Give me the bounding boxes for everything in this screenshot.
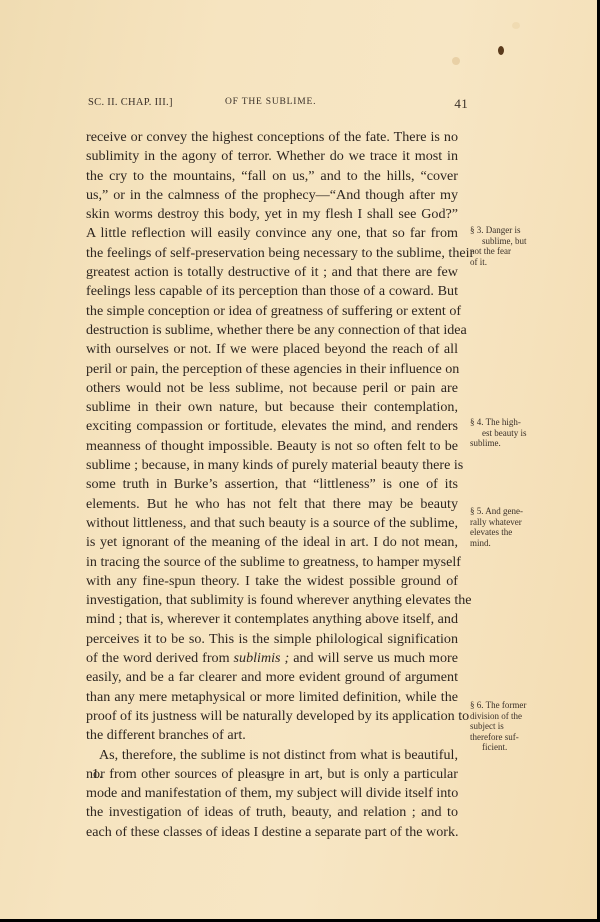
text-line: A little reflection will easily convince… xyxy=(86,224,458,243)
margin-note-section-5: § 5. And gene- rally whatever elevates t… xyxy=(470,506,560,548)
margin-note-line: ficient. xyxy=(470,742,560,753)
text-fragment: and will serve us much more xyxy=(289,650,458,666)
text-line: in tracing the source of the sublime to … xyxy=(86,553,458,572)
margin-note-line: therefore suf- xyxy=(470,732,560,743)
stain-spot xyxy=(452,57,460,65)
text-line: receive or convey the highest conception… xyxy=(86,128,458,147)
margin-note-line: subject is xyxy=(470,721,560,732)
margin-note-line: sublime. xyxy=(470,438,560,449)
stain-spot xyxy=(512,22,520,29)
text-line: sublimity in the agony of terror. Whethe… xyxy=(86,147,458,166)
text-line: mode and manifestation of them, my subje… xyxy=(86,784,458,803)
margin-note-line: § 6. The former xyxy=(470,700,560,711)
book-page: SC. II. CHAP. III.] OF THE SUBLIME. 41 r… xyxy=(0,0,597,919)
margin-note-line: not the fear xyxy=(470,246,560,257)
page-number: 41 xyxy=(454,96,468,112)
text-line: some truth in Burke’s assertion, that “l… xyxy=(86,475,458,494)
text-line-paragraph-end: the different branches of art. xyxy=(86,726,458,745)
text-line: easily, and be a far clearer and more ev… xyxy=(86,668,458,687)
margin-note-line: division of the xyxy=(470,711,560,722)
margin-note-line: of it. xyxy=(470,257,560,268)
text-line: peril or pain, the perception of these a… xyxy=(86,360,458,379)
text-line: each of these classes of ideas I destine… xyxy=(86,823,458,842)
margin-note-line: § 4. The high- xyxy=(470,417,560,428)
margin-note-line: mind. xyxy=(470,538,560,549)
italic-word-sublimis: sublimis ; xyxy=(234,650,290,666)
text-line: without littleness, and that such beauty… xyxy=(86,514,458,533)
text-line: investigation, that sublimity is found w… xyxy=(86,591,458,610)
text-line: the cry to the mountains, “fall on us,” … xyxy=(86,167,458,186)
signature-mark: 1. xyxy=(92,767,103,783)
margin-note-line: § 5. And gene- xyxy=(470,506,560,517)
ink-blot xyxy=(498,46,504,55)
text-line: proof of its justness will be naturally … xyxy=(86,707,458,726)
margin-note-line: elevates the xyxy=(470,527,560,538)
body-text: receive or convey the highest conception… xyxy=(86,128,458,842)
text-line: with ourselves or not. If we were placed… xyxy=(86,340,458,359)
text-line: greatest action is totally destructive o… xyxy=(86,263,458,282)
margin-note-section-6: § 6. The former division of the subject … xyxy=(470,700,560,753)
text-line: than any mere metaphysical or more limit… xyxy=(86,688,458,707)
text-line: destruction is sublime, whether there be… xyxy=(86,321,458,340)
text-line: the simple conception or idea of greatne… xyxy=(86,302,458,321)
text-line: with any fine-spun theory. I take the wi… xyxy=(86,572,458,591)
text-line: perceives it to be so. This is the simpl… xyxy=(86,630,458,649)
text-line: sublime in their own nature, but because… xyxy=(86,398,458,417)
text-line: feelings less capable of its perception … xyxy=(86,282,458,301)
margin-note-line: est beauty is xyxy=(470,428,560,439)
folio-letter: G xyxy=(267,773,274,784)
text-line: the investigation of ideas of truth, bea… xyxy=(86,803,458,822)
running-head: SC. II. CHAP. III.] OF THE SUBLIME. 41 xyxy=(88,97,460,113)
margin-note-section-4: § 4. The high- est beauty is sublime. xyxy=(470,417,560,449)
text-line: the feelings of self-preservation being … xyxy=(86,244,458,263)
text-line-paragraph-start: As, therefore, the sublime is not distin… xyxy=(86,746,458,765)
text-line: skin worms destroy this body, yet in my … xyxy=(86,205,458,224)
text-line: others would not be less sublime, not be… xyxy=(86,379,458,398)
margin-note-section-3: § 3. Danger is sublime, but not the fear… xyxy=(470,225,560,267)
text-line: sublime ; because, in many kinds of pure… xyxy=(86,456,458,475)
text-line: is yet ignorant of the meaning of the id… xyxy=(86,533,458,552)
margin-note-line: sublime, but xyxy=(470,236,560,247)
margin-note-line: § 3. Danger is xyxy=(470,225,560,236)
text-line: elements. But he who has not felt that t… xyxy=(86,495,458,514)
running-head-title: OF THE SUBLIME. xyxy=(225,97,316,107)
margin-note-line: rally whatever xyxy=(470,517,560,528)
text-line: exciting compassion or fortitude, elevat… xyxy=(86,417,458,436)
text-line: meanness of thought impossible. Beauty i… xyxy=(86,437,458,456)
text-fragment: of the word derived from xyxy=(86,650,230,666)
text-line: us,” or in the calmness of the prophecy—… xyxy=(86,186,458,205)
running-head-section: SC. II. CHAP. III.] xyxy=(88,97,173,108)
text-line: mind ; that is, wherever it contemplates… xyxy=(86,610,458,629)
text-line-with-italic: of the word derived from sublimis ; and … xyxy=(86,649,458,668)
